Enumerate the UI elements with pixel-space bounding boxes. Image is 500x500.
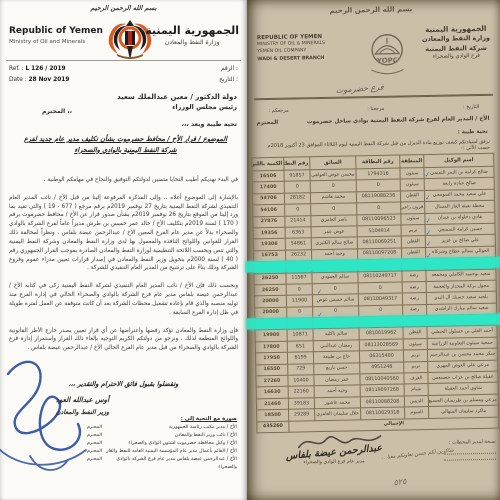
table-cell: 26250 bbox=[254, 273, 286, 285]
sheet-addressee: الأخ / المدير العام لفرع شركة النفط اليم… bbox=[307, 116, 490, 126]
table-cell: جلال سليمان العامري bbox=[315, 408, 361, 420]
table-cell: القطن bbox=[401, 236, 425, 248]
col-card-number-1: رقم البطاقة bbox=[356, 155, 400, 169]
letter-paragraph: وبحسب ذلك فإن الأخ / نائب المدير العام ا… bbox=[9, 282, 238, 317]
table-cell: رضة bbox=[402, 293, 426, 305]
table-cell: الغرف bbox=[404, 373, 428, 385]
ref-date-block-en: Ref. : L 126 / 2019 Date : 28 Nov 2019 bbox=[9, 64, 69, 86]
table-cell: 27260 bbox=[256, 375, 288, 387]
table-cell: وجيه أحمد bbox=[314, 385, 360, 397]
sheet-ref-line: التاريخ : مرجعنا : مرجعكم : bbox=[258, 104, 489, 114]
pen-check-icon: ✓ bbox=[316, 288, 323, 297]
table-cell: 08110088208 bbox=[360, 396, 404, 408]
svg-text:YOPC: YOPC bbox=[376, 57, 398, 65]
table-cell: 18500 bbox=[257, 409, 289, 421]
table-cell: رضة bbox=[402, 270, 426, 282]
table-cell: 06315400 bbox=[359, 350, 403, 362]
table-cell: 21414 bbox=[285, 215, 311, 227]
copies-dash-line bbox=[444, 454, 496, 461]
table-cell: 1794316 bbox=[356, 168, 400, 180]
cc-recipient: الأخ / نائب وزير النفط والمعادن bbox=[175, 432, 237, 440]
cc-list: الأخ / مدير مكتب رئاسة الجمهوريةالمحترما… bbox=[87, 424, 237, 471]
cc-recipient: الأخ / القائم بأعمال مدير عام المؤسسة ال… bbox=[106, 448, 237, 456]
cc-line: الأخ / نائب وزير النفط والمعادنالمحترم bbox=[87, 432, 237, 440]
letter-document: بسم الله الرحمن الرحيم Republic of Yemen… bbox=[0, 0, 247, 500]
ref-yours: مرجعكم : bbox=[268, 108, 288, 114]
cc-line: الأخ / مدير مكتب رئاسة الجمهوريةالمحترم bbox=[87, 424, 237, 432]
copies-note: نسخة لمدير المحطات : bbox=[434, 438, 496, 461]
table-cell: 08110040560 bbox=[360, 373, 404, 385]
table-cell: سيئون bbox=[400, 179, 424, 191]
sheet-branch-en: WADI & DESERT BRANCH bbox=[257, 55, 325, 63]
table-cell: 54861 bbox=[285, 238, 311, 250]
ref-value: L 126 / 2019 bbox=[25, 66, 65, 72]
pen-check-icon: ✓ bbox=[425, 194, 432, 203]
letter-paragraph: بالإشارة إلى الموضوع أعلاه .. وإلى المذك… bbox=[9, 194, 238, 273]
cc-line: الأخ / وكيل محافظة حضرموت لشئون الوادي و… bbox=[87, 440, 237, 448]
letter-body: في البدء نهديكم أطيب التحايا متمنين لدول… bbox=[9, 176, 238, 362]
table-cell: محمد عاشور bbox=[314, 397, 360, 409]
table-cell: 20000 bbox=[254, 296, 286, 308]
ref-date-block-ar: الرقم : التاريخ : bbox=[219, 64, 238, 86]
cc-recipient: الأخ / وكيل محافظة حضرموت لشئون الوادي و… bbox=[128, 440, 237, 448]
table-cell: 17400 bbox=[252, 182, 284, 194]
table-cell: 22160 bbox=[288, 386, 314, 398]
table-cell: 17950 bbox=[255, 352, 287, 364]
addressee-block: دولة الدكتور / معين عبدالملك سعيد رئيس م… bbox=[117, 92, 237, 112]
sheet-letterhead-arabic: الجمهورية اليمنية وزارة النفط والمعادن ش… bbox=[422, 24, 491, 62]
copies-label: نسخة لمدير المحطات : bbox=[434, 438, 496, 449]
header-divider bbox=[6, 60, 241, 61]
table-cell: 10400 bbox=[288, 375, 314, 387]
cc-line: الأخ / عبدالرحمن عيضة بلفاس مدير عام فرع… bbox=[87, 456, 237, 472]
table-cell: 11900 bbox=[286, 295, 312, 307]
table-cell: 10871 bbox=[287, 329, 313, 341]
letter-paragraph: فإن وزارة النفط والمعادن تؤكد رفضها واعت… bbox=[9, 327, 238, 353]
table-cell: محمد هاشم bbox=[310, 192, 356, 204]
sheet-letterhead-english: REPUBLIC OF YEMEN MINISTRY OF OIL & MINE… bbox=[257, 33, 326, 64]
table-cell: سيئون bbox=[403, 338, 427, 350]
cc-line: الأخ / القائم بأعمال مدير عام المؤسسة ال… bbox=[87, 448, 237, 456]
table-cell: 19356 bbox=[253, 227, 285, 239]
table-cell: 39183 bbox=[288, 398, 314, 410]
bismillah-calligraphy: بسم الله الرحمن الرحيم bbox=[0, 4, 247, 12]
cc-honorific: المحترم bbox=[87, 448, 102, 456]
table-cell: القطن bbox=[400, 190, 424, 202]
table-cell: سيئون bbox=[401, 213, 425, 225]
table-cell: شبام bbox=[404, 384, 428, 396]
table-cell: 0 bbox=[311, 203, 357, 215]
table-cell: 0 bbox=[358, 282, 402, 294]
table-cell: 0 bbox=[285, 204, 311, 216]
table-cell: 651 bbox=[287, 341, 313, 353]
table-cell: 0 bbox=[286, 284, 312, 296]
table-cell: 29289 bbox=[289, 409, 315, 421]
country-title-ar: الجمهورية اليمنية bbox=[145, 24, 239, 37]
col-card-number-2: رقم البطاقة bbox=[284, 157, 310, 170]
table-cell: 08110249717 bbox=[358, 271, 402, 283]
table-cell: 0 bbox=[356, 179, 400, 191]
sheet-header-divider bbox=[254, 94, 493, 101]
table-cell: رضة bbox=[402, 281, 426, 293]
total-value: 435260 bbox=[257, 421, 289, 433]
letter-paragraph: في البدء نهديكم أطيب التحايا متمنين لدول… bbox=[9, 176, 238, 185]
table-cell: 4951246 bbox=[360, 362, 404, 374]
table-cell: ناصر العامري bbox=[311, 214, 357, 226]
table-cell: 0810019962 bbox=[359, 327, 403, 339]
table-cell: 6363 bbox=[285, 227, 311, 239]
table-cell: 16630 bbox=[256, 387, 288, 399]
signer-name: أوس عبدالله العود bbox=[30, 394, 135, 407]
pen-check-icon: ✓ bbox=[424, 171, 431, 180]
table-cell: قرون راعي bbox=[401, 202, 425, 214]
col-region: المنطقة bbox=[400, 155, 424, 168]
table-cell: 08119088236 bbox=[356, 191, 400, 203]
table-cell: حاج بن طبيعة bbox=[313, 351, 359, 363]
table-cell: 0 bbox=[357, 202, 401, 214]
letterhead-arabic: الجمهورية اليمنية وزارة النفط والمعادن bbox=[145, 24, 239, 47]
distribution-sheet-document: بسم الله الرحمن الرحيم REPUBLIC OF YEMEN… bbox=[247, 0, 500, 500]
col-quantity-liters: الكمية باللتر bbox=[252, 157, 284, 171]
addressee-title: رئيس مجلس الوزراء bbox=[117, 103, 237, 113]
cc-honorific: المحترم bbox=[87, 456, 102, 472]
table-cell: 729 bbox=[288, 363, 314, 375]
table-cell: القطن bbox=[403, 327, 427, 339]
country-title-en: Republic of Yemen bbox=[9, 26, 103, 37]
table-cell: تريم bbox=[401, 224, 425, 236]
cc-recipient: الأخ / عبدالرحمن عيضة بلفاس مدير عام فرع… bbox=[102, 456, 237, 472]
table-cell: 17800 bbox=[255, 341, 287, 353]
cc-block: صورة مع التحية إلى : الأخ / مدير مكتب رئ… bbox=[87, 416, 237, 471]
date-value: 28 Nov 2019 bbox=[29, 77, 70, 83]
cc-honorific: المحترم bbox=[87, 424, 102, 432]
ref-date: التاريخ : bbox=[463, 104, 479, 110]
table-cell: 0 bbox=[284, 181, 310, 193]
table-cell: عمر رمضان bbox=[314, 374, 360, 386]
pen-check-icon: ✓ bbox=[425, 229, 432, 238]
fuel-distribution-table: اسم الوكيل المنطقة رقم البطاقة السائق رق… bbox=[251, 153, 499, 434]
table-cell: الديس bbox=[404, 395, 428, 407]
table-cell: 6199 bbox=[287, 352, 313, 364]
ref-ours: مرجعنا : bbox=[367, 106, 384, 112]
table-cell: 08110069251 bbox=[357, 236, 401, 248]
handwritten-annotation: فرع حضرموت bbox=[336, 83, 384, 95]
table-cell: 0 bbox=[310, 180, 356, 192]
table-cell: 21460 bbox=[256, 398, 288, 410]
yopc-logo: YOPC bbox=[365, 29, 410, 82]
greeting-line: تحية طيبة وبعد ،،، bbox=[182, 121, 237, 128]
cc-recipient: الأخ / مدير مكتب رئاسة الجمهورية bbox=[169, 424, 237, 432]
table-cell: 27876 bbox=[253, 216, 285, 228]
bismillah-calligraphy: بسم الله الرحمن الرحيم bbox=[246, 4, 495, 17]
table-cell: 08110029318 bbox=[361, 407, 405, 419]
table-cell: تريم bbox=[403, 350, 427, 362]
ref-label-ar: الرقم : bbox=[219, 64, 238, 75]
cc-heading: صورة مع التحية إلى : bbox=[87, 416, 237, 422]
table-cell: 16506 bbox=[252, 170, 284, 182]
table-cell: حسن باربع bbox=[314, 362, 360, 374]
col-agent-name: اسم الوكيل bbox=[424, 153, 494, 167]
table-cell: سالم باكليه bbox=[313, 328, 359, 340]
table-cell: 08119097268 bbox=[360, 384, 404, 396]
table-cell: 08113028569 bbox=[359, 339, 403, 351]
table-cell: السوم bbox=[405, 407, 429, 419]
table-cell: 19306 bbox=[253, 239, 285, 251]
sheet-branch-ar: فرع الوادي والصحراء bbox=[422, 53, 490, 62]
date-label-ar: التاريخ : bbox=[219, 75, 238, 86]
table-cell: 11587 bbox=[286, 272, 312, 284]
table-cell: 54706 bbox=[252, 193, 284, 205]
table-cell: رمضان عبدالنبي bbox=[313, 340, 359, 352]
table-cell: محسن عوض العولقي bbox=[310, 169, 356, 181]
sheet-content: بسم الله الرحمن الرحيم REPUBLIC OF YEMEN… bbox=[246, 0, 500, 500]
closing-line: وتفضلوا بقبول فائق الاحترام والتقدير ،،، bbox=[0, 380, 247, 388]
table-cell: تريم bbox=[404, 361, 428, 373]
cc-honorific: المحترم bbox=[87, 432, 102, 440]
addressee-name: دولة الدكتور / معين عبدالملك سعيد bbox=[117, 92, 237, 103]
col-driver: السائق bbox=[310, 156, 356, 170]
table-cell: سالم العمودي bbox=[312, 271, 358, 283]
table-cell: 16550 bbox=[256, 364, 288, 376]
sheet-greeting: تحية طيبة : bbox=[458, 129, 488, 136]
signer-block: أوس عبدالله العود وزير النفط والمعادن bbox=[30, 394, 135, 418]
scanned-documents-pair: بسم الله الرحمن الرحيم Republic of Yemen… bbox=[0, 0, 500, 500]
honorific: المحترم ،، bbox=[42, 108, 72, 115]
table-cell: 26250 bbox=[254, 284, 286, 296]
table-cell: سيئون bbox=[400, 168, 424, 180]
date-line: Date : 28 Nov 2019 bbox=[9, 75, 69, 86]
ministry-title-ar: وزارة النفط والمعادن bbox=[145, 39, 239, 46]
table-cell: 54106 bbox=[253, 204, 285, 216]
table-cell: 08110049317 bbox=[358, 293, 402, 305]
table-cell: 5104914 bbox=[357, 225, 401, 237]
cc-honorific: المحترم bbox=[87, 440, 102, 448]
table-cell: صالح سالم الكثيري bbox=[311, 237, 357, 249]
pen-check-icon: ✓ bbox=[425, 240, 432, 249]
letterhead-english: Republic of Yemen Ministry of Oil and Mi… bbox=[9, 26, 103, 46]
sheet-honorific: المحترم bbox=[256, 120, 278, 126]
handwritten-number-note: ٥٢٥ bbox=[393, 477, 407, 488]
ref-line: Ref. : L 126 / 2019 bbox=[9, 64, 69, 75]
table-cell: 28182 bbox=[284, 193, 310, 205]
subject-line: الموضوع / قرار الأخ / محافظ حضرموت بشأن … bbox=[16, 134, 235, 155]
table-cell: عوض عمر bbox=[311, 226, 357, 238]
sheet-addressee-line: الأخ / المدير العام لفرع شركة النفط اليم… bbox=[256, 116, 489, 126]
table-cell: 91857 bbox=[284, 170, 310, 182]
table-cell: 08110096523 bbox=[357, 214, 401, 226]
ministry-title-en: Ministry of Oil and Minerals bbox=[9, 39, 103, 46]
table-cell: 19900 bbox=[255, 330, 287, 342]
pen-check-icon: ✓ bbox=[425, 217, 432, 226]
